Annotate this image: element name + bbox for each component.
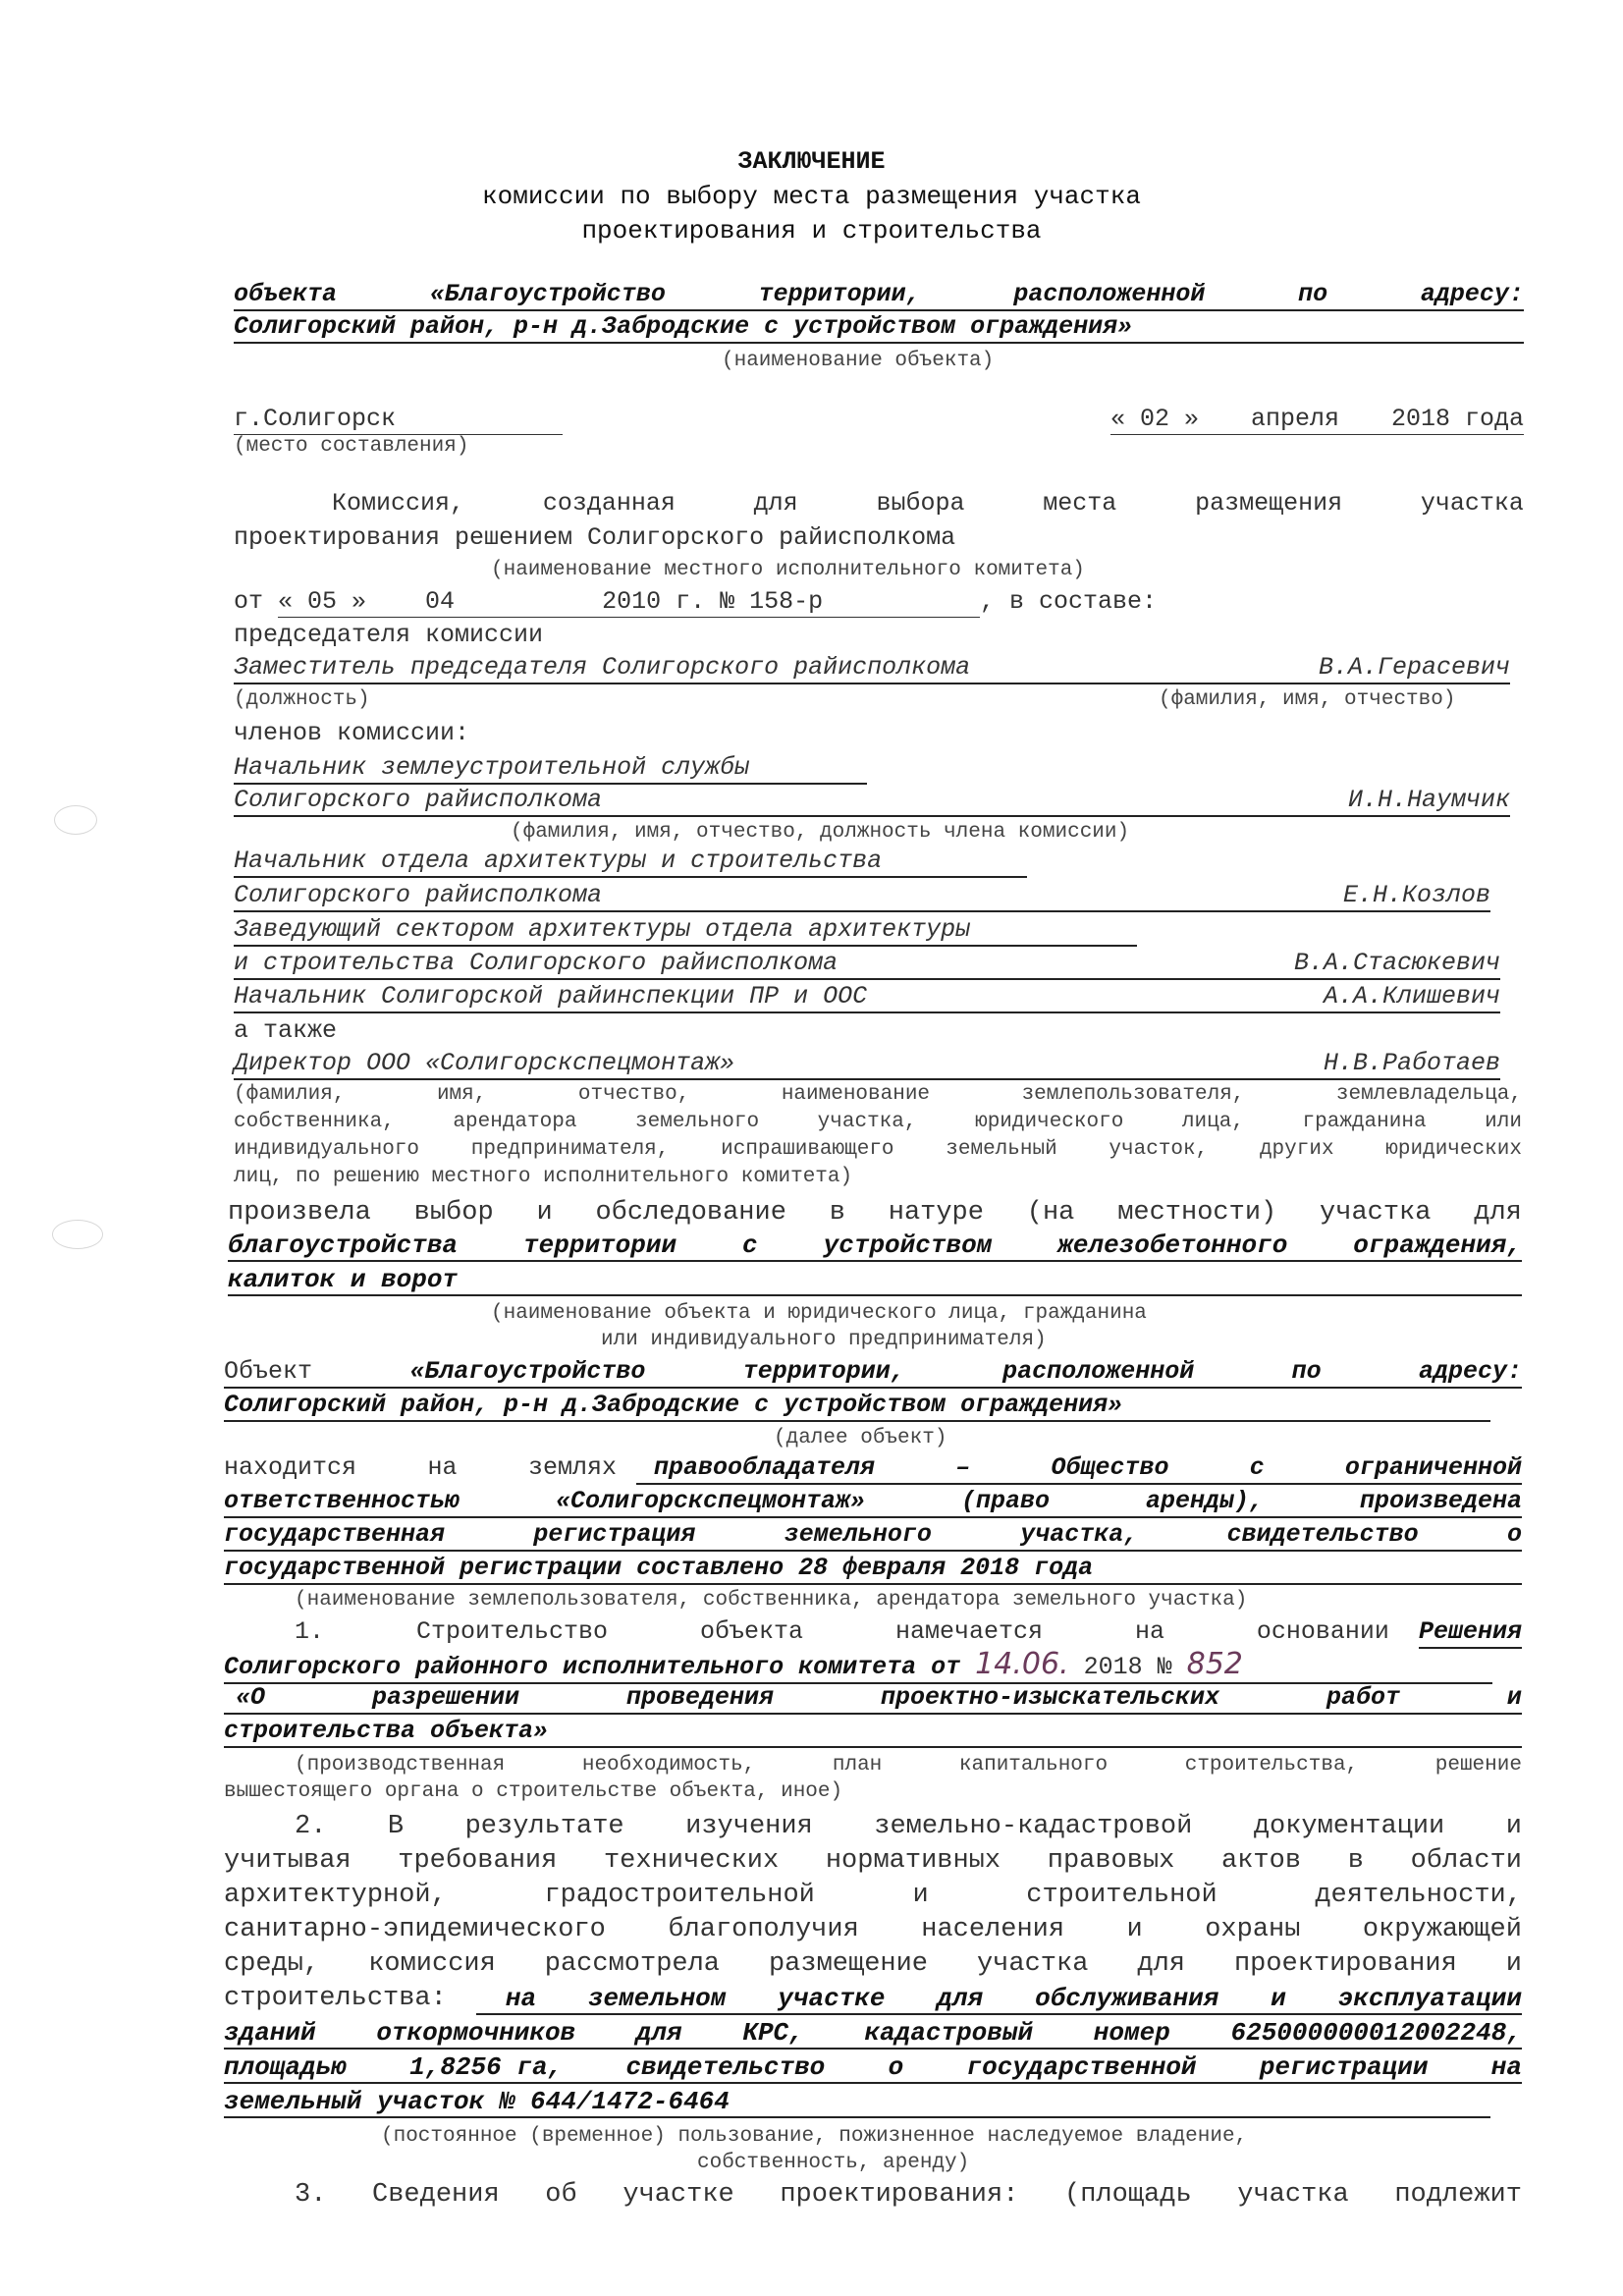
p1-word: 1. <box>295 1617 324 1649</box>
handwritten-date: 14.06. <box>975 1647 1068 1681</box>
caption-word: участка, <box>818 1110 917 1135</box>
caption-word: наименование <box>782 1082 930 1108</box>
lands-word: регистрация <box>533 1520 695 1550</box>
p1-word: Строительство <box>416 1617 608 1649</box>
p2-word: земельном <box>588 1984 726 2013</box>
also-caption-line3: индивидуального предпринимателя, испраши… <box>234 1137 1522 1163</box>
p2-word: и <box>1506 1812 1522 1841</box>
p3-line1: 3. Сведения об участке проектирования: (… <box>295 2180 1522 2210</box>
caption-word: решение <box>1435 1753 1522 1778</box>
member-name: Е.Н.Козлов <box>1343 881 1490 910</box>
p1-line3: «О разрешении проведения проектно-изыска… <box>224 1683 1522 1715</box>
purpose-word: устройством <box>824 1230 993 1260</box>
p2-line4: санитарно-эпидемического благополучия на… <box>224 1915 1522 1944</box>
position-caption: (должность) <box>234 687 370 713</box>
object2-word: адресу: <box>1419 1357 1522 1387</box>
chairman-name: В.А.Герасевич <box>1319 653 1510 683</box>
p1-word: работ <box>1326 1683 1400 1713</box>
caption-word: индивидуального <box>234 1137 419 1163</box>
caption-word: имя, <box>437 1082 486 1108</box>
p2-word: В <box>388 1812 404 1841</box>
object-caption: (наименование объекта) <box>722 349 994 374</box>
p2-word: КРС, <box>742 2018 803 2048</box>
survey-purpose-line2: калиток и ворот <box>228 1265 1522 1296</box>
lands-word: Общество <box>1051 1453 1168 1483</box>
punch-hole-mark <box>52 1220 103 1249</box>
caption-word: других <box>1260 1137 1334 1163</box>
p2-word: области <box>1411 1846 1522 1876</box>
survey-caption-line2: или индивидуального предпринимателя) <box>601 1328 1047 1353</box>
p1-word: на <box>1135 1617 1164 1649</box>
intro-line2: проектирования решением Солигорского рай… <box>234 523 955 553</box>
date-year: 2018 года <box>1391 405 1524 434</box>
caption-word: юридических <box>1385 1137 1522 1163</box>
lands-word: аренды), <box>1146 1487 1264 1516</box>
p2-line8: площадью 1,8256 га, свидетельство о госу… <box>224 2052 1522 2084</box>
caption-word: испрашивающего <box>721 1137 893 1163</box>
object-word: адресу: <box>1421 280 1524 309</box>
lands-word: землях <box>528 1453 617 1485</box>
p2-word: номер <box>1094 2018 1170 2048</box>
p2-word: обслуживания <box>1035 1984 1218 2013</box>
p2-word: зданий <box>224 2018 316 2048</box>
lands-word: о <box>1507 1520 1522 1550</box>
also-label: а также <box>234 1016 337 1046</box>
caption-word: лица, <box>1182 1110 1244 1135</box>
intro-word: для <box>754 489 798 519</box>
lands-word: земельного <box>784 1520 932 1550</box>
p2-word: градостроительной <box>544 1881 814 1910</box>
p1-line4: строительства объекта» <box>224 1717 1522 1748</box>
p2-word: и <box>1127 1915 1143 1944</box>
p2-word: изучения <box>685 1812 813 1841</box>
purpose-word: железобетонного <box>1057 1230 1287 1260</box>
member-position: и строительства Солигорского райисполком… <box>234 949 838 978</box>
caption-word: землевладельца, <box>1336 1082 1522 1108</box>
p2-word: охраны <box>1205 1915 1300 1944</box>
member-1-line2: Солигорского райисполкома И.Н.Наумчик <box>234 786 1510 817</box>
p2-word: для <box>636 2018 682 2048</box>
p1-word: «О <box>236 1683 265 1713</box>
object2-line1: Объект «Благоустройство территории, расп… <box>224 1357 1522 1389</box>
p3-word: (площадь <box>1064 2180 1192 2210</box>
object2-word: по <box>1292 1357 1322 1387</box>
p2-line9: земельный участок № 644/1472-6464 <box>224 2087 1490 2118</box>
p1-line2: Солигорского районного исполнительного к… <box>224 1650 1492 1684</box>
caption-word: арендатора <box>453 1110 576 1135</box>
p2-word: санитарно-эпидемического <box>224 1915 606 1944</box>
purpose-word: благоустройства <box>228 1230 458 1260</box>
member-position: Начальник отдела архитектуры и строитель… <box>234 847 882 875</box>
p1-word: основании <box>1257 1617 1389 1649</box>
caption-word: собственника, <box>234 1110 395 1135</box>
survey-word: и <box>536 1198 552 1228</box>
p3-word: участке <box>622 2180 733 2210</box>
caption-word: гражданина <box>1303 1110 1427 1135</box>
p2-word: участке <box>778 1984 885 2013</box>
p2-word: откормочников <box>376 2018 575 2048</box>
caption-word: капитального <box>959 1753 1108 1778</box>
object2-word: территории, <box>743 1357 905 1387</box>
survey-word: произвела <box>228 1198 371 1228</box>
p2-caption-line1: (постоянное (временное) пользование, пож… <box>381 2124 1247 2150</box>
p1-word: объекта <box>700 1617 803 1649</box>
p2-word: для <box>937 1984 983 2013</box>
survey-word: для <box>1474 1198 1522 1228</box>
document-page: ЗАКЛЮЧЕНИЕ комиссии по выбору места разм… <box>0 0 1623 2296</box>
punch-hole-mark <box>54 805 97 835</box>
document-subtitle-line1: комиссии по выбору места размещения учас… <box>0 182 1623 211</box>
purpose-word: территории <box>523 1230 676 1260</box>
object2-line2: Солигорский район, р-н д.Забродские с ус… <box>224 1391 1490 1422</box>
p2-word: окружающей <box>1363 1915 1522 1944</box>
p2-line7: зданий откормочников для КРС, кадастровы… <box>224 2018 1522 2050</box>
chairman-position: Заместитель председателя Солигорского ра… <box>234 653 970 683</box>
p3-word: 3. <box>295 2180 326 2210</box>
p3-word: Сведения <box>372 2180 500 2210</box>
place-caption: (место составления) <box>234 434 468 460</box>
p2-word: земельно-кадастровой <box>874 1812 1192 1841</box>
p2-word: на <box>1491 2052 1522 2082</box>
also-person-name: Н.В.Работаев <box>1324 1049 1500 1078</box>
caption-word: строительства, <box>1185 1753 1358 1778</box>
caption-word: землепользователя, <box>1022 1082 1245 1108</box>
also-person-position: Директор ООО «Солигорскспецмонтаж» <box>234 1049 734 1078</box>
object-word: территории, <box>759 280 921 309</box>
p2-word: документации <box>1254 1812 1444 1841</box>
p1-word: намечается <box>895 1617 1043 1649</box>
lands-word: произведена <box>1360 1487 1522 1516</box>
caption-word: земельный <box>946 1137 1056 1163</box>
p2-word: в <box>1348 1846 1364 1876</box>
p1-text: строительства объекта» <box>224 1717 548 1745</box>
purpose-word: ограждения, <box>1353 1230 1522 1260</box>
date-field: « 02 » апреля 2018 года <box>1110 405 1524 435</box>
object2-address: Солигорский район, р-н д.Забродские с ус… <box>224 1391 1122 1419</box>
purpose-text: калиток и ворот <box>228 1265 458 1294</box>
fio-caption: (фамилия, имя, отчество) <box>1159 687 1455 713</box>
p2-word: деятельности, <box>1315 1881 1522 1910</box>
caption-word: юридического <box>975 1110 1123 1135</box>
p2-word: площадью <box>224 2052 347 2082</box>
p1-caption-line2: вышестоящего органа о строительстве объе… <box>224 1779 842 1805</box>
p2-line3: архитектурной, градостроительной и строи… <box>224 1881 1522 1910</box>
p2-word: результате <box>465 1812 624 1841</box>
p2-word: правовых <box>1048 1846 1175 1876</box>
p2-word: технических <box>604 1846 779 1876</box>
member-1-line1: Начальник землеустроительной службы <box>234 753 867 785</box>
caption-word: предпринимателя, <box>471 1137 670 1163</box>
lands-word: правообладателя <box>654 1453 875 1483</box>
p2-word: для <box>1137 1949 1185 1979</box>
caption-word: необходимость, <box>582 1753 755 1778</box>
p3-word: участка <box>1237 2180 1348 2210</box>
handwritten-number: 852 <box>1187 1647 1243 1681</box>
p2-text: земельный участок № 644/1472-6464 <box>224 2087 730 2116</box>
p2-word: благополучия <box>668 1915 858 1944</box>
p2-word: нормативных <box>826 1846 1001 1876</box>
survey-purpose-line1: благоустройства территории с устройством… <box>228 1230 1522 1262</box>
intro-word: участка <box>1421 489 1524 519</box>
p2-word: государственной <box>967 2052 1197 2082</box>
also-person-row: Директор ООО «Солигорскспецмонтаж» Н.В.Р… <box>234 1049 1500 1080</box>
lands-word: – <box>955 1453 970 1483</box>
object-prefix: объекта <box>234 280 337 309</box>
object-word: по <box>1298 280 1327 309</box>
survey-word: местности) <box>1117 1198 1276 1228</box>
p2-word: и <box>1506 1949 1522 1979</box>
survey-word: в <box>830 1198 845 1228</box>
date-day: « 02 » <box>1110 405 1199 434</box>
lands-word: (право <box>961 1487 1050 1516</box>
also-caption-line4: лиц, по решению местного исполнительного… <box>234 1165 852 1190</box>
member-2-line2: Солигорского райисполкома Е.Н.Козлов <box>234 881 1490 912</box>
survey-word: обследование <box>595 1198 785 1228</box>
p2-word: 625000000012002248, <box>1230 2018 1521 2048</box>
object-line2: Солигорский район, р-н д.Забродские с ус… <box>234 312 1524 344</box>
decision-line: от « 05 » 04 2010 г. № 158-р, в составе: <box>234 587 1157 618</box>
p2-word: участка <box>977 1949 1088 1979</box>
p1-committee: Солигорского районного исполнительного к… <box>224 1653 960 1681</box>
caption-word: отчество, <box>578 1082 689 1108</box>
p3-word: об <box>545 2180 576 2210</box>
p2-word: 2. <box>295 1812 326 1841</box>
p2-word: актов <box>1221 1846 1301 1876</box>
member-position: Заведующий сектором архитектуры отдела а… <box>234 915 970 944</box>
p1-line1: 1. Строительство объекта намечается на о… <box>295 1617 1522 1649</box>
p2-word: строительства: <box>224 1984 447 2015</box>
member-name: А.А.Клишевич <box>1324 982 1500 1011</box>
p2-word: свидетельство <box>625 2052 825 2082</box>
intro-word: Комиссия, <box>332 489 464 519</box>
p2-word: 1,8256 га, <box>409 2052 563 2082</box>
p1-decision-word: Решения <box>1419 1617 1522 1649</box>
lands-text: государственной регистрации составлено 2… <box>224 1554 1093 1582</box>
p2-line6: строительства: на земельном участке для … <box>224 1984 1522 2015</box>
decision-suffix: , в составе: <box>980 587 1157 616</box>
also-caption-line1: (фамилия, имя, отчество, наименование зе… <box>234 1082 1522 1108</box>
committee-caption: (наименование местного исполнительного к… <box>491 558 1085 583</box>
object-word: расположенной <box>1013 280 1205 309</box>
p2-word: регистрации <box>1260 2052 1429 2082</box>
member-2-line1: Начальник отдела архитектуры и строитель… <box>234 847 1027 878</box>
p2-word: рассмотрела <box>545 1949 720 1979</box>
p3-word: подлежит <box>1394 2180 1522 2210</box>
p1-caption-line1: (производственная необходимость, план ка… <box>295 1753 1522 1778</box>
members-label: членов комиссии: <box>234 719 469 748</box>
p2-word: строительной <box>1026 1881 1217 1910</box>
lands-line1: находится на землях правообладателя – Об… <box>224 1453 1522 1485</box>
p1-word: проектно-изыскательских <box>881 1683 1219 1713</box>
lands-word: на <box>428 1453 458 1485</box>
lands-word: свидетельство <box>1227 1520 1419 1550</box>
survey-line1: произвела выбор и обследование в натуре … <box>228 1198 1522 1228</box>
chairman-label: председателя комиссии <box>234 621 543 650</box>
member-position: Начальник землеустроительной службы <box>234 753 749 782</box>
member-caption: (фамилия, имя, отчество, должность члена… <box>511 820 1129 846</box>
intro-word: размещения <box>1195 489 1342 519</box>
caption-word: (фамилия, <box>234 1082 345 1108</box>
place-field: г.Солигорск <box>234 405 563 435</box>
object-address: Солигорский район, р-н д.Забродские с ус… <box>234 312 1132 341</box>
p2-word: учитывая <box>224 1846 352 1876</box>
purpose-word: с <box>742 1230 758 1260</box>
member-position: Солигорского райисполкома <box>234 881 602 910</box>
caption-word: план <box>833 1753 882 1778</box>
object-line1: объекта «Благоустройство территории, рас… <box>234 280 1524 311</box>
p2-word: о <box>889 2052 904 2082</box>
lands-line2: ответственностью «Солигорскспецмонтаж» (… <box>224 1487 1522 1518</box>
intro-word: выбора <box>876 489 964 519</box>
object2-caption: (далее объект) <box>774 1426 947 1451</box>
intro-line1: Комиссия, созданная для выбора места раз… <box>332 489 1524 519</box>
lands-line3: государственная регистрация земельного у… <box>224 1520 1522 1552</box>
survey-word: натуре <box>889 1198 984 1228</box>
lands-word: ответственностью <box>224 1487 460 1516</box>
caption-word: (производственная <box>295 1753 505 1778</box>
p2-word: населения <box>921 1915 1064 1944</box>
caption-word: земельного <box>635 1110 759 1135</box>
member-4-row: Начальник Солигорской райинспекции ПР и … <box>234 982 1500 1013</box>
p2-word: и <box>1271 1984 1286 2013</box>
p2-word: архитектурной, <box>224 1881 447 1910</box>
p1-word: разрешении <box>372 1683 519 1713</box>
survey-word: участка <box>1320 1198 1431 1228</box>
object-word: «Благоустройство <box>430 280 666 309</box>
p2-word: проектирования <box>1234 1949 1457 1979</box>
p1-word: и <box>1507 1683 1522 1713</box>
lands-caption: (наименование землепользователя, собстве… <box>295 1588 1247 1613</box>
p2-line2: учитывая требования технических норматив… <box>224 1846 1522 1876</box>
survey-word: выбор <box>414 1198 494 1228</box>
decision-date: « 05 » 04 2010 г. № 158-р <box>278 587 980 618</box>
p3-word: проектирования: <box>780 2180 1018 2210</box>
document-subtitle-line2: проектирования и строительства <box>0 216 1623 246</box>
member-name: В.А.Стасюкевич <box>1294 949 1500 978</box>
member-position: Начальник Солигорской райинспекции ПР и … <box>234 982 867 1011</box>
p1-year: 2018 № <box>1084 1653 1172 1681</box>
intro-word: созданная <box>543 489 676 519</box>
date-month: апреля <box>1251 405 1339 434</box>
member-3-line1: Заведующий сектором архитектуры отдела а… <box>234 915 1137 947</box>
p2-line1: 2. В результате изучения земельно-кадаст… <box>295 1812 1522 1841</box>
p2-line5: среды, комиссия рассмотрела размещение у… <box>224 1949 1522 1979</box>
lands-word: с <box>1250 1453 1265 1483</box>
p2-word: комиссия <box>368 1949 496 1979</box>
member-position: Солигорского райисполкома <box>234 786 602 815</box>
survey-word: (на <box>1027 1198 1075 1228</box>
intro-word: места <box>1043 489 1116 519</box>
p1-word: проведения <box>626 1683 774 1713</box>
object2-word: расположенной <box>1002 1357 1194 1387</box>
object2-word: «Благоустройство <box>409 1357 645 1387</box>
p2-caption-line2: собственность, аренду) <box>697 2151 969 2176</box>
member-3-line2: и строительства Солигорского райисполком… <box>234 949 1500 980</box>
lands-word: участка, <box>1020 1520 1138 1550</box>
document-title: ЗАКЛЮЧЕНИЕ <box>0 147 1623 177</box>
lands-word: ограниченной <box>1345 1453 1522 1483</box>
lands-line4: государственной регистрации составлено 2… <box>224 1554 1522 1585</box>
lands-word: государственная <box>224 1520 445 1550</box>
p2-word: и <box>912 1881 928 1910</box>
caption-word: участок, <box>1109 1137 1208 1163</box>
p2-word: требования <box>398 1846 557 1876</box>
place-value: г.Солигорск <box>234 405 396 433</box>
survey-caption-line1: (наименование объекта и юридического лиц… <box>491 1301 1147 1327</box>
also-caption-line2: собственника, арендатора земельного учас… <box>234 1110 1522 1135</box>
p2-word: размещение <box>769 1949 928 1979</box>
lands-word: находится <box>224 1453 356 1485</box>
p2-word: кадастровый <box>864 2018 1033 2048</box>
p2-word: среды, <box>224 1949 319 1979</box>
chairman-row: Заместитель председателя Солигорского ра… <box>234 653 1510 684</box>
caption-word: или <box>1485 1110 1522 1135</box>
p2-word: на <box>506 1984 536 2013</box>
p2-word: эксплуатации <box>1338 1984 1522 2013</box>
member-name: И.Н.Наумчик <box>1348 786 1510 815</box>
object2-prefix: Объект <box>224 1357 312 1387</box>
decision-prefix: от <box>234 587 263 616</box>
lands-word: «Солигорскспецмонтаж» <box>556 1487 865 1516</box>
